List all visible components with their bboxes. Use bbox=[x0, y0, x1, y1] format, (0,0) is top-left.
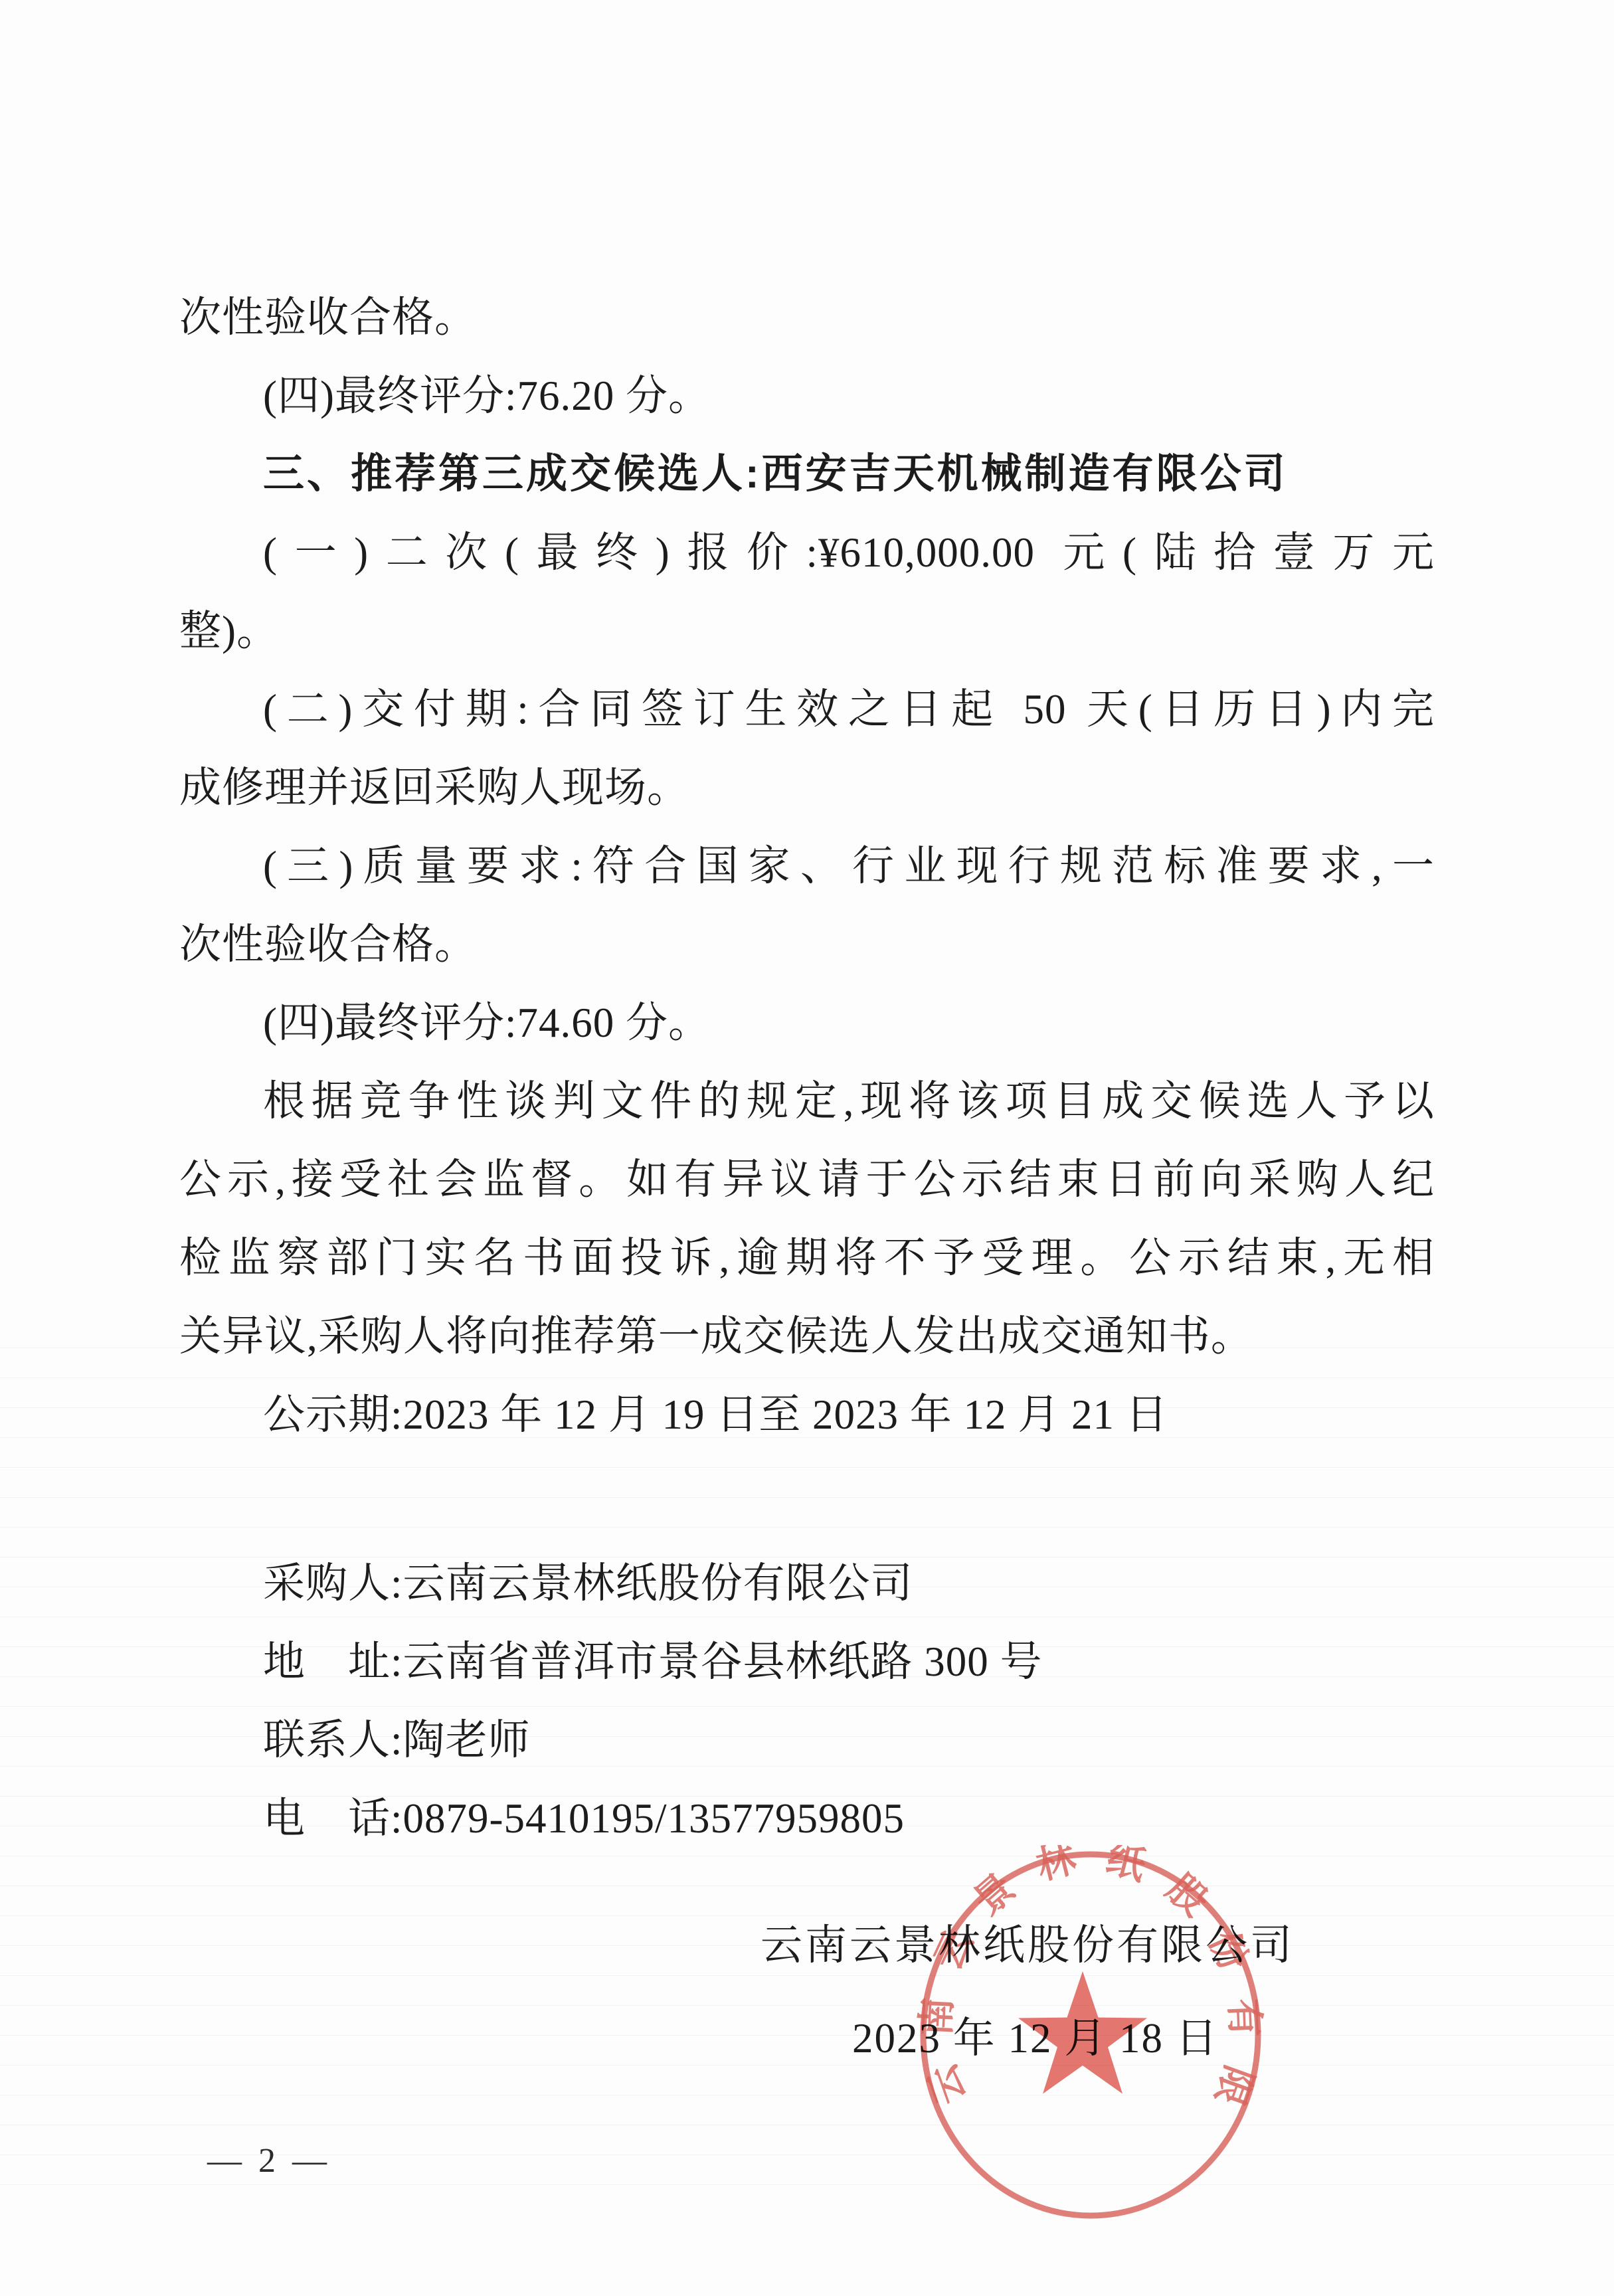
doc-line: 检监察部门实名书面投诉,逾期将不予受理。公示结束,无相 bbox=[179, 1219, 1435, 1297]
doc-line: 成修理并返回采购人现场。 bbox=[179, 749, 1435, 827]
doc-line: (四)最终评分:74.60 分。 bbox=[179, 984, 1435, 1062]
page-number: — 2 — bbox=[207, 2144, 331, 2178]
doc-line: 次性验收合格。 bbox=[179, 905, 1435, 984]
seal-star bbox=[1018, 1971, 1147, 2094]
contact-person-line: 联系人:陶老师 bbox=[179, 1701, 1435, 1779]
address-line: 地 址:云南省普洱市景谷县林纸路 300 号 bbox=[179, 1623, 1435, 1701]
doc-line: (四)最终评分:76.20 分。 bbox=[179, 357, 1435, 435]
doc-line: 根据竞争性谈判文件的规定,现将该项目成交候选人予以 bbox=[179, 1062, 1435, 1140]
document-body: 次性验收合格。 (四)最终评分:76.20 分。 三、推荐第三成交候选人:西安吉… bbox=[179, 278, 1435, 1858]
publicity-period-line: 公示期:2023 年 12 月 19 日至 2023 年 12 月 21 日 bbox=[179, 1375, 1435, 1454]
doc-line: 整)。 bbox=[179, 592, 1435, 670]
doc-line: (二)交付期:合同签订生效之日起 50 天(日历日)内完 bbox=[179, 670, 1435, 749]
doc-line: 公示,接受社会监督。如有异议请于公示结束日前向采购人纪 bbox=[179, 1140, 1435, 1219]
section-heading: 三、推荐第三成交候选人:西安吉天机械制造有限公司 bbox=[179, 435, 1435, 513]
company-seal-stamp: 云南云景林纸股份有限公司 bbox=[911, 1845, 1270, 2225]
seal-rim-text: 云南云景林纸股份有限公司 bbox=[911, 1845, 1267, 2111]
contact-block: 采购人:云南云景林纸股份有限公司 地 址:云南省普洱市景谷县林纸路 300 号 … bbox=[179, 1544, 1435, 1858]
doc-line: (一)二次(最终)报价:¥610,000.00 元(陆拾壹万元 bbox=[179, 513, 1435, 592]
seal-rim-text-holder: 云南云景林纸股份有限公司 bbox=[911, 1845, 1267, 2111]
doc-line: 次性验收合格。 bbox=[179, 278, 1435, 357]
purchaser-line: 采购人:云南云景林纸股份有限公司 bbox=[179, 1544, 1435, 1623]
doc-line: 关异议,采购人将向推荐第一成交候选人发出成交通知书。 bbox=[179, 1297, 1435, 1375]
document-page: 次性验收合格。 (四)最终评分:76.20 分。 三、推荐第三成交候选人:西安吉… bbox=[0, 0, 1614, 2296]
doc-line: (三)质量要求:符合国家、行业现行规范标准要求,一 bbox=[179, 827, 1435, 905]
